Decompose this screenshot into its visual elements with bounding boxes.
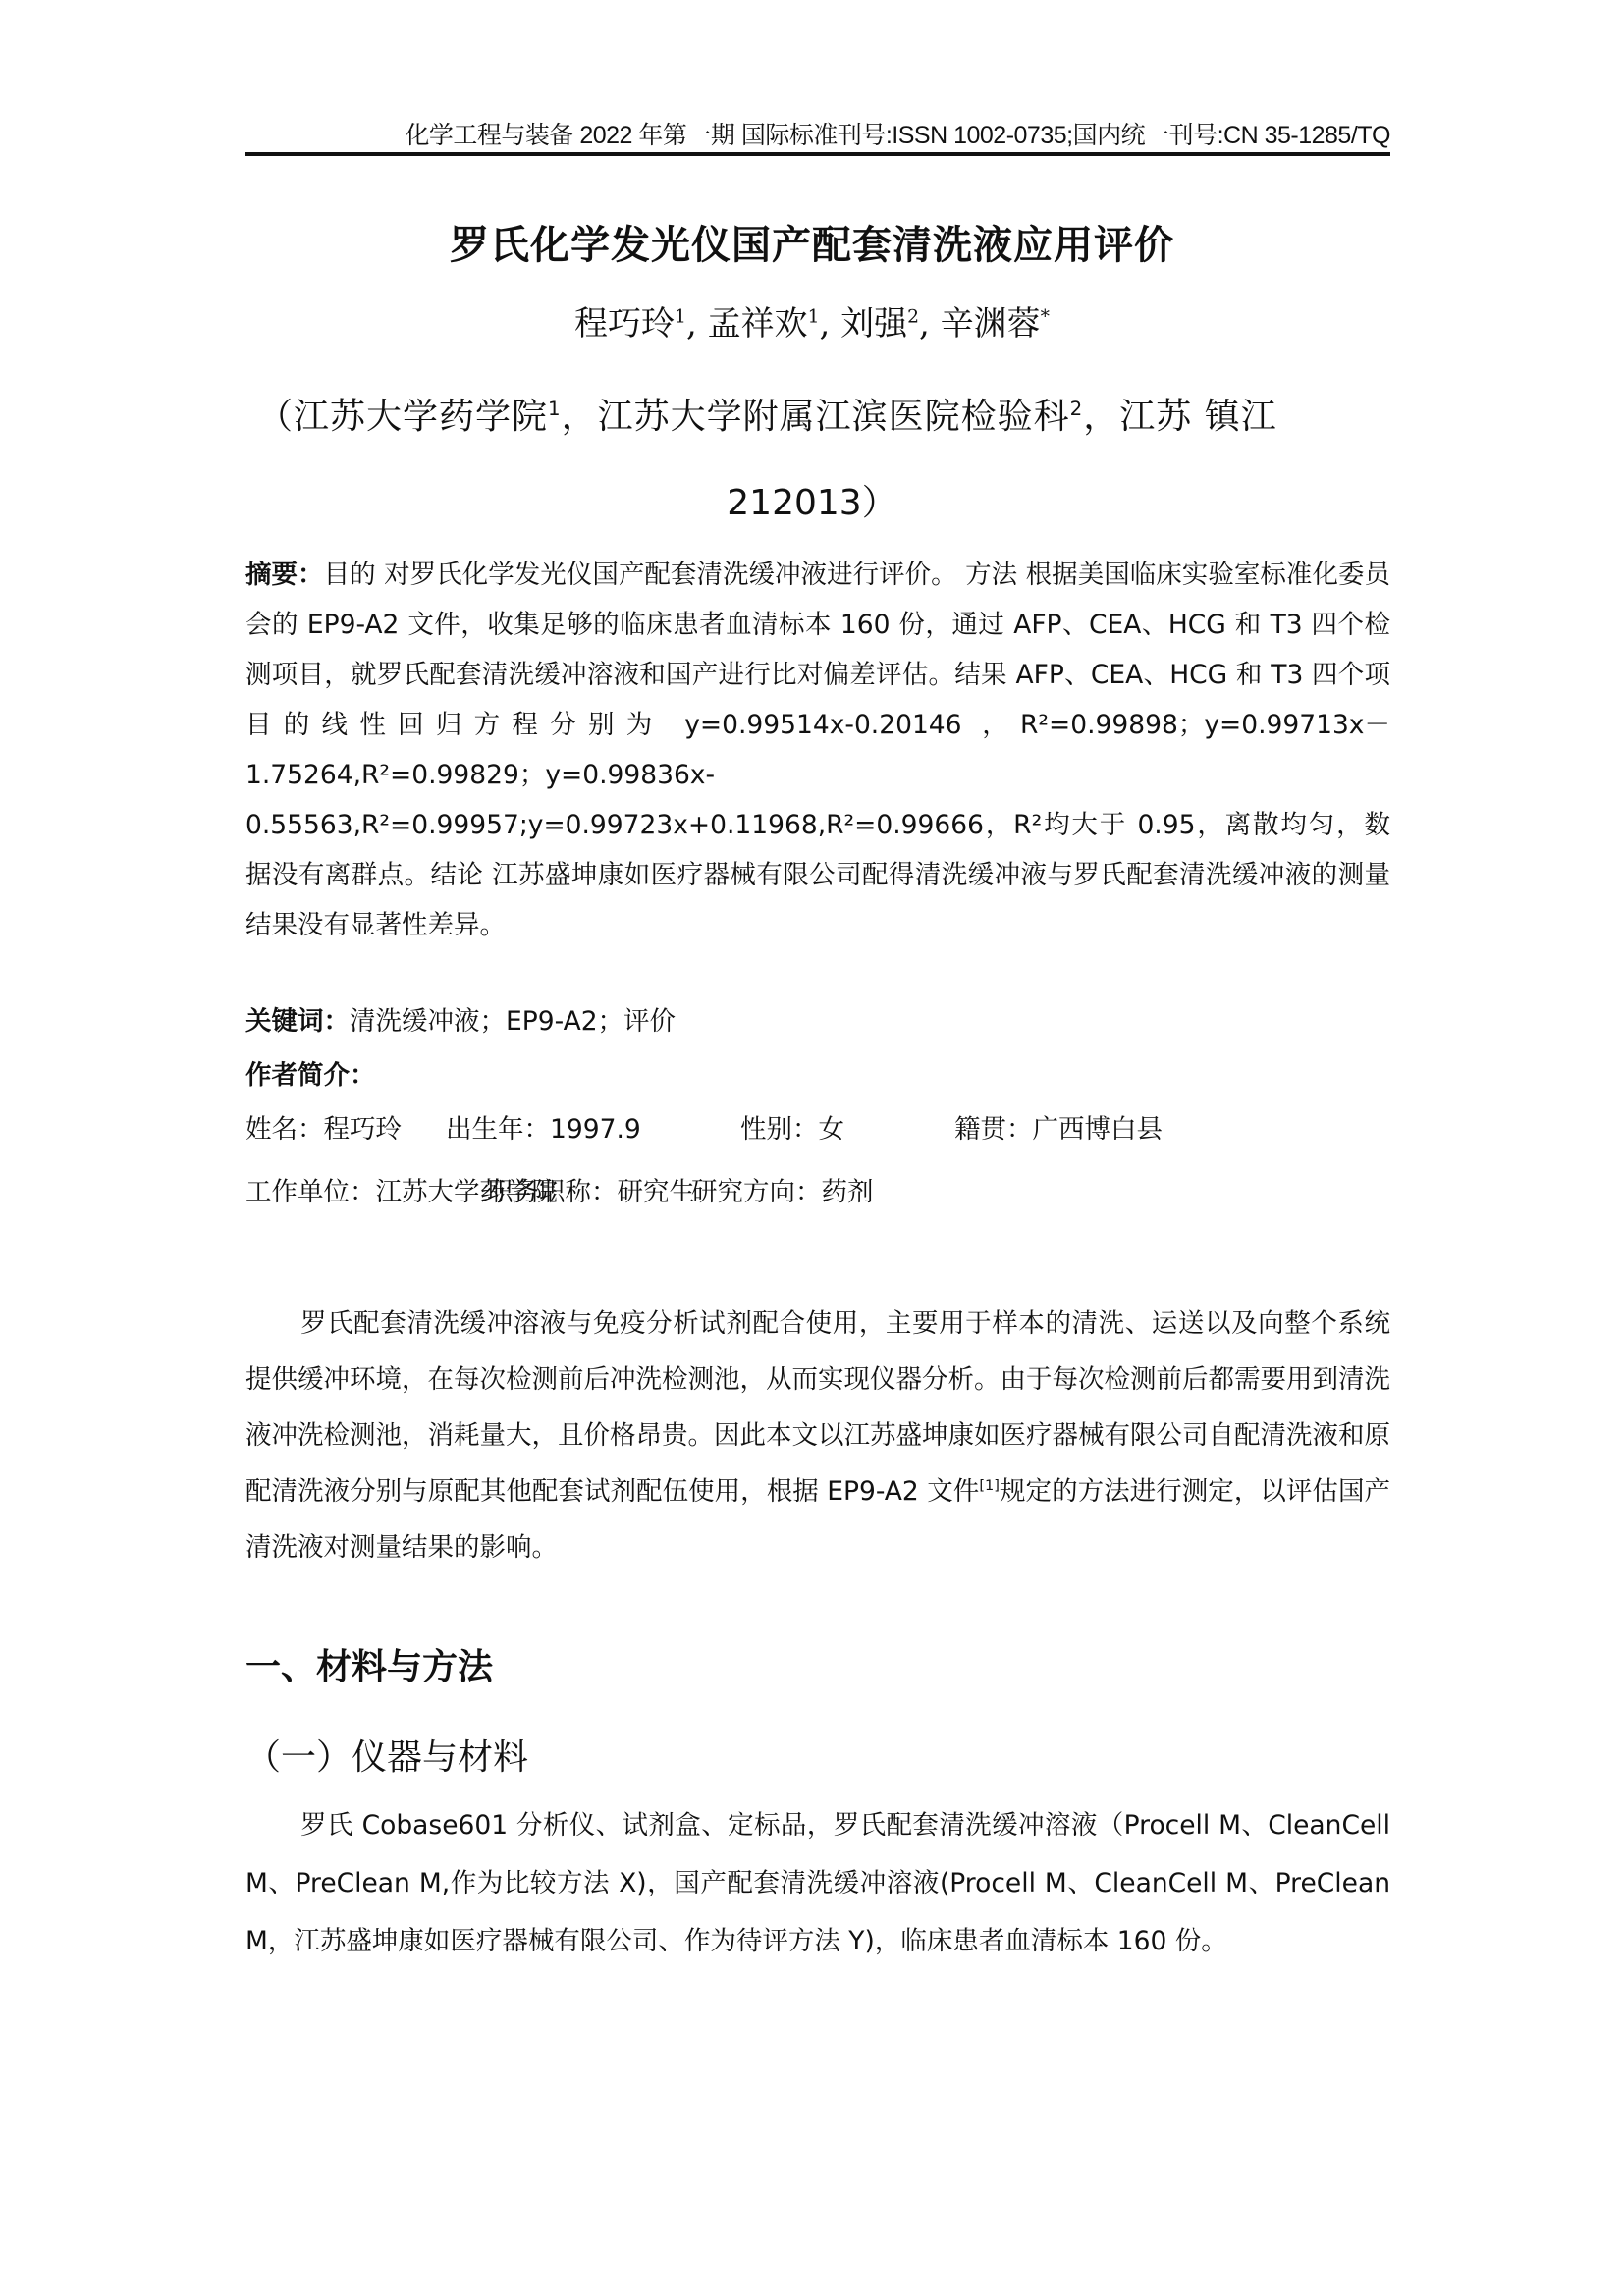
author-name: 孟祥欢 [708, 304, 808, 344]
bio-field: 出生年：1997.9 [446, 1107, 740, 1146]
author-affiliation-mark: 2 [907, 307, 919, 328]
citation-ref: [1] [979, 1477, 1000, 1494]
bio-key: 性别： [740, 1107, 819, 1146]
abstract: 摘要：目的 对罗氏化学发光仪国产配套清洗缓冲液进行评价。 方法 根据美国临床实验… [245, 550, 1390, 950]
bio-field: 籍贯：广西博白县 [954, 1107, 1163, 1146]
author-list: 程巧玲1, 孟祥欢1, 刘强2, 辛渊蓉* [0, 296, 1624, 345]
author-name: 辛渊蓉 [941, 304, 1041, 344]
author-name: 程巧玲 [574, 304, 675, 344]
affiliation-2: 江苏大学附属江滨医院检验科 [598, 397, 1070, 437]
bio-field: 职务职称：研究生 [487, 1170, 674, 1208]
bio-field: 工作单位：江苏大学药学院 [245, 1170, 501, 1208]
document-page: 化学工程与装备 2022 年第一期 国际标准刊号:ISSN 1002-0735;… [0, 0, 1624, 2296]
author-affiliation-mark: 1 [808, 307, 820, 328]
bio-value: 程巧玲 [324, 1107, 403, 1146]
bio-key: 工作单位： [245, 1170, 376, 1208]
bio-value: 女 [819, 1107, 845, 1146]
affiliation-mark: 2 [1070, 398, 1084, 420]
affiliation-1: 江苏大学药学院 [294, 397, 548, 437]
bio-key: 职务职称： [487, 1170, 618, 1208]
bio-key: 籍贯： [954, 1107, 1033, 1146]
abstract-text: 目的 对罗氏化学发光仪国产配套清洗缓冲液进行评价。 方法 根据美国临床实验室标准… [245, 560, 1390, 940]
corresponding-author-mark: * [1041, 307, 1050, 328]
bio-value: 广西博白县 [1033, 1107, 1164, 1146]
keywords: 关键词：清洗缓冲液；EP9-A2；评价 [245, 999, 676, 1038]
author-bio-row: 姓名：程巧玲出生年：1997.9性别：女籍贯：广西博白县 [245, 1107, 1163, 1146]
bio-key: 研究方向： [691, 1170, 822, 1208]
article-title: 罗氏化学发光仪国产配套清洗液应用评价 [0, 214, 1624, 270]
section-heading: 一、材料与方法 [245, 1639, 493, 1689]
materials-paragraph: 罗氏 Cobase601 分析仪、试剂盒、定标品，罗氏配套清洗缓冲溶液（Proc… [245, 1796, 1390, 1970]
separator: ， [562, 397, 598, 437]
affiliation-postcode: 212013） [0, 475, 1624, 525]
author-bio-row: 工作单位：江苏大学药学院职务职称：研究生研究方向：药剂 [245, 1170, 874, 1208]
subsection-heading: （一）仪器与材料 [245, 1730, 528, 1780]
header-divider [245, 152, 1390, 156]
keywords-label: 关键词： [245, 1006, 350, 1037]
author-name: 刘强 [840, 304, 907, 344]
author-affiliation-mark: 1 [675, 307, 686, 328]
bio-value: 研究生 [618, 1170, 696, 1208]
affiliation-mark: 1 [548, 398, 562, 420]
bio-field: 性别：女 [740, 1107, 954, 1146]
keywords-text: 清洗缓冲液；EP9-A2；评价 [350, 1006, 676, 1037]
bio-field: 研究方向：药剂 [691, 1170, 874, 1208]
bio-field: 姓名：程巧玲 [245, 1107, 446, 1146]
affiliation-line: （江苏大学药学院1，江苏大学附属江滨医院检验科2，江苏 镇江 [257, 389, 1377, 439]
author-bio-label: 作者简介： [245, 1053, 376, 1092]
bio-key: 姓名： [245, 1107, 324, 1146]
abstract-label: 摘要： [245, 560, 324, 590]
paren-open: （ [257, 397, 294, 437]
journal-header: 化学工程与装备 2022 年第一期 国际标准刊号:ISSN 1002-0735;… [245, 116, 1390, 151]
affiliation-location: ，江苏 镇江 [1083, 397, 1276, 437]
bio-value: 药剂 [822, 1170, 874, 1208]
bio-value: 1997.9 [550, 1114, 641, 1145]
bio-key: 出生年： [446, 1107, 550, 1146]
introduction-paragraph: 罗氏配套清洗缓冲溶液与免疫分析试剂配合使用，主要用于样本的清洗、运送以及向整个系… [245, 1296, 1390, 1575]
